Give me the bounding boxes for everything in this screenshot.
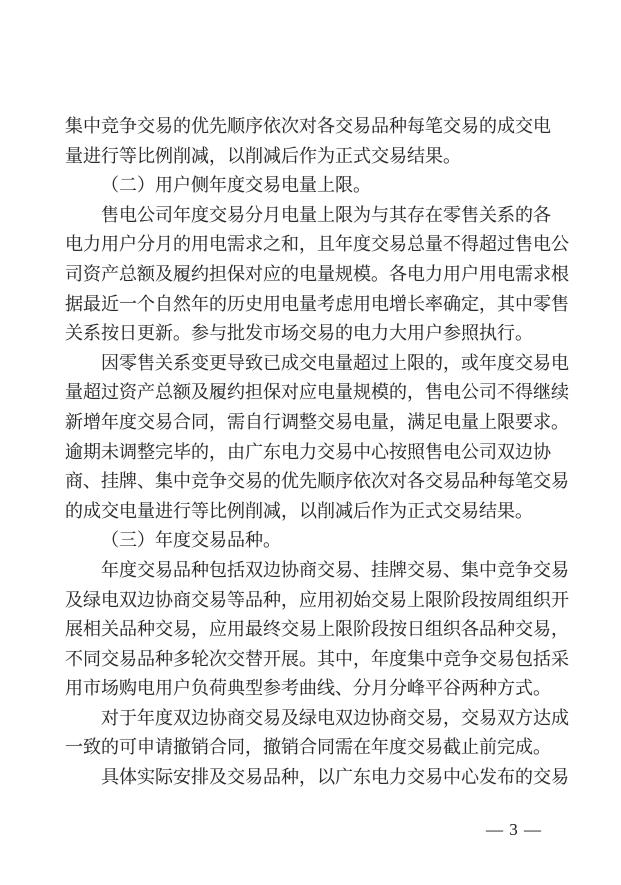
text-line: 电力用户分月的用电需求之和，且年度交易总量不得超过售电公 [65, 230, 557, 260]
text-line: 对于年度双边协商交易及绿电双边协商交易，交易双方达成 [65, 704, 557, 734]
text-line: 用市场购电用户负荷典型参考曲线、分月分峰平谷两种方式。 [65, 674, 557, 704]
section-heading: （二）用户侧年度交易电量上限。 [65, 171, 557, 201]
page-number: — 3 — [486, 820, 542, 840]
text-line: 量超过资产总额及履约担保对应电量规模的，售电公司不得继续 [65, 378, 557, 408]
text-line: 展相关品种交易，应用最终交易上限阶段按日组织各品种交易， [65, 615, 557, 645]
text-line: 逾期未调整完毕的，由广东电力交易中心按照售电公司双边协 [65, 438, 557, 468]
section-heading: （三）年度交易品种。 [65, 526, 557, 556]
text-line: 司资产总额及履约担保对应的电量规模。各电力用户用电需求根 [65, 260, 557, 290]
text-line: 年度交易品种包括双边协商交易、挂牌交易、集中竞争交易 [65, 556, 557, 586]
text-line: 集中竞争交易的优先顺序依次对各交易品种每笔交易的成交电 [65, 112, 557, 142]
text-line: 量进行等比例削减，以削减后作为正式交易结果。 [65, 142, 557, 172]
text-line: 具体实际安排及交易品种，以广东电力交易中心发布的交易 [65, 763, 557, 793]
text-line: 据最近一个自然年的历史用电量考虑用电增长率确定，其中零售 [65, 290, 557, 320]
text-line: 新增年度交易合同，需自行调整交易电量，满足电量上限要求。 [65, 408, 557, 438]
text-line: 不同交易品种多轮次交替开展。其中，年度集中竞争交易包括采 [65, 645, 557, 675]
text-line: 关系按日更新。参与批发市场交易的电力大用户参照执行。 [65, 319, 557, 349]
document-body: 集中竞争交易的优先顺序依次对各交易品种每笔交易的成交电量进行等比例削减，以削减后… [65, 112, 557, 793]
document-page: 集中竞争交易的优先顺序依次对各交易品种每笔交易的成交电量进行等比例削减，以削减后… [0, 0, 621, 885]
text-line: 一致的可申请撤销合同，撤销合同需在年度交易截止前完成。 [65, 733, 557, 763]
text-line: 的成交电量进行等比例削减，以削减后作为正式交易结果。 [65, 497, 557, 527]
text-line: 因零售关系变更导致已成交电量超过上限的，或年度交易电 [65, 349, 557, 379]
text-line: 商、挂牌、集中竞争交易的优先顺序依次对各交易品种每笔交易 [65, 467, 557, 497]
text-line: 及绿电双边协商交易等品种，应用初始交易上限阶段按周组织开 [65, 586, 557, 616]
text-line: 售电公司年度交易分月电量上限为与其存在零售关系的各 [65, 201, 557, 231]
